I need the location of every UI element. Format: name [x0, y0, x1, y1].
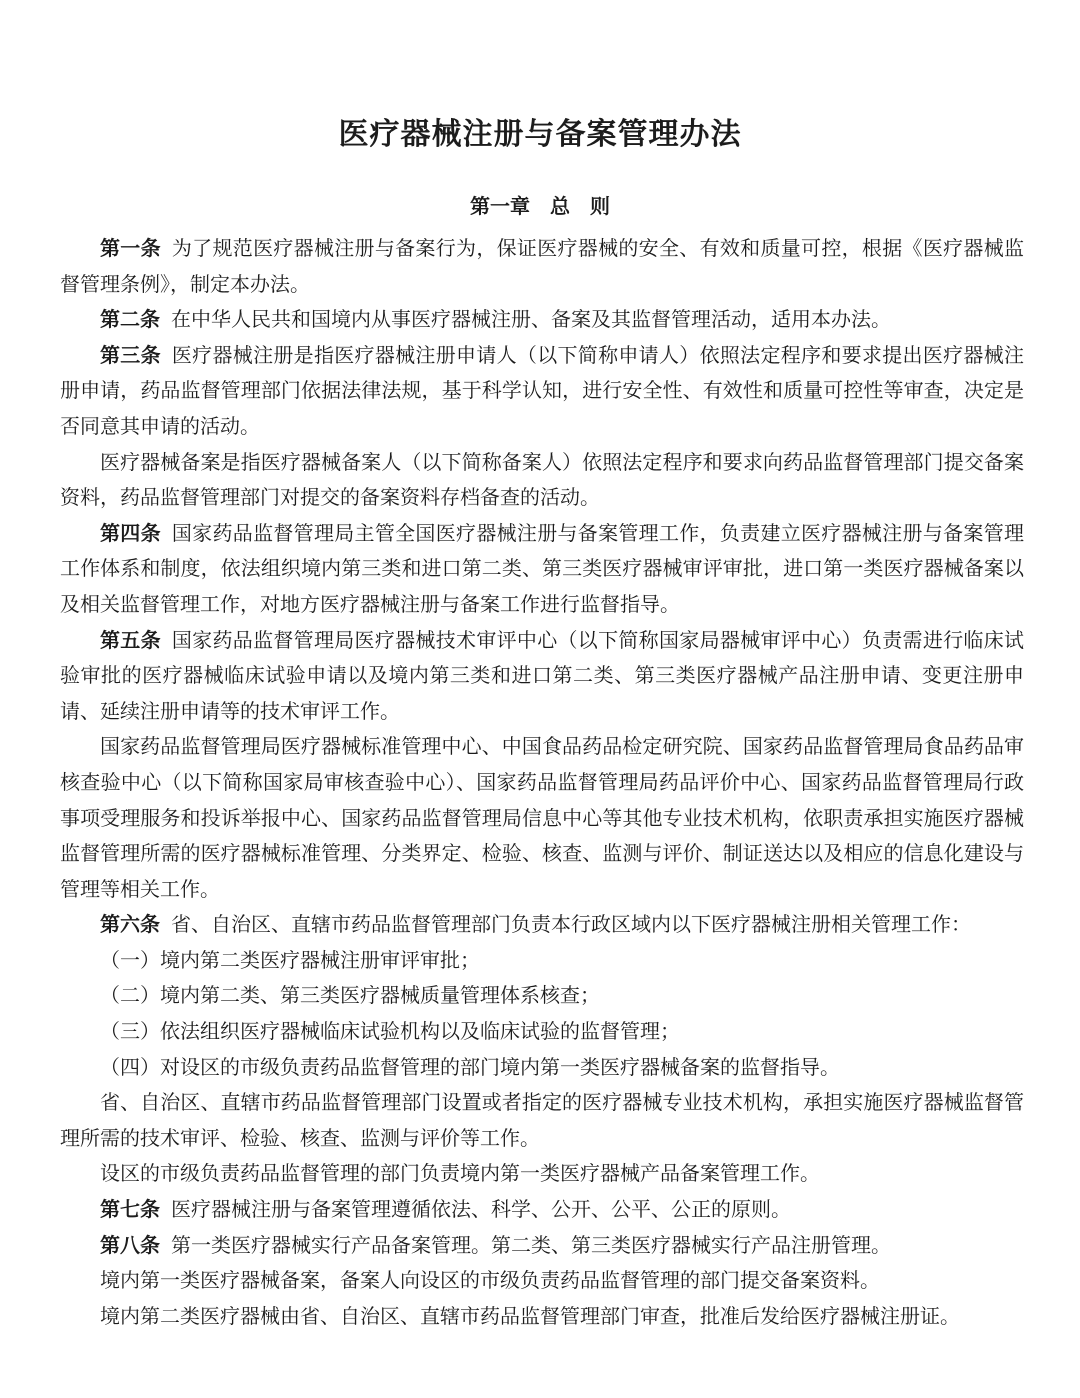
document-paragraph: （四）对设区的市级负责药品监督管理的部门境内第一类医疗器械备案的监督指导。	[60, 1051, 1024, 1087]
article-number: 第七条	[100, 1199, 160, 1221]
document-body: 第一条为了规范医疗器械注册与备案行为，保证医疗器械的安全、有效和质量可控，根据《…	[0, 232, 1080, 1335]
document-paragraph: 设区的市级负责药品监督管理的部门负责境内第一类医疗器械产品备案管理工作。	[60, 1157, 1024, 1193]
paragraph-text: 省、自治区、直辖市药品监督管理部门设置或者指定的医疗器械专业技术机构，承担实施医…	[60, 1092, 1024, 1150]
document-paragraph: 第二条在中华人民共和国境内从事医疗器械注册、备案及其监督管理活动，适用本办法。	[60, 303, 1024, 339]
article-number: 第八条	[100, 1235, 160, 1257]
article-number: 第二条	[100, 309, 160, 331]
document-paragraph: 省、自治区、直辖市药品监督管理部门设置或者指定的医疗器械专业技术机构，承担实施医…	[60, 1086, 1024, 1157]
document-paragraph: 第五条国家药品监督管理局医疗器械技术审评中心（以下简称国家局器械审评中心）负责需…	[60, 624, 1024, 731]
document-page: 医疗器械注册与备案管理办法 第一章 总 则 第一条为了规范医疗器械注册与备案行为…	[0, 0, 1080, 1398]
document-title: 医疗器械注册与备案管理办法	[0, 0, 1080, 152]
document-paragraph: 国家药品监督管理局医疗器械标准管理中心、中国食品药品检定研究院、国家药品监督管理…	[60, 730, 1024, 908]
document-paragraph: 第一条为了规范医疗器械注册与备案行为，保证医疗器械的安全、有效和质量可控，根据《…	[60, 232, 1024, 303]
paragraph-text: 省、自治区、直辖市药品监督管理部门负责本行政区域内以下医疗器械注册相关管理工作：	[171, 914, 971, 936]
paragraph-text: 设区的市级负责药品监督管理的部门负责境内第一类医疗器械产品备案管理工作。	[100, 1163, 820, 1185]
document-paragraph: 医疗器械备案是指医疗器械备案人（以下简称备案人）依照法定程序和要求向药品监督管理…	[60, 446, 1024, 517]
document-paragraph: （一）境内第二类医疗器械注册审评审批；	[60, 944, 1024, 980]
document-paragraph: 第三条医疗器械注册是指医疗器械注册申请人（以下简称申请人）依照法定程序和要求提出…	[60, 339, 1024, 446]
paragraph-text: 国家药品监督管理局医疗器械标准管理中心、中国食品药品检定研究院、国家药品监督管理…	[60, 736, 1024, 900]
article-number: 第五条	[100, 630, 161, 652]
document-paragraph: （二）境内第二类、第三类医疗器械质量管理体系核查；	[60, 979, 1024, 1015]
document-paragraph: 境内第一类医疗器械备案，备案人向设区的市级负责药品监督管理的部门提交备案资料。	[60, 1264, 1024, 1300]
paragraph-text: 在中华人民共和国境内从事医疗器械注册、备案及其监督管理活动，适用本办法。	[171, 309, 891, 331]
article-number: 第六条	[100, 914, 160, 936]
paragraph-text: （二）境内第二类、第三类医疗器械质量管理体系核查；	[100, 985, 600, 1007]
paragraph-text: 医疗器械注册是指医疗器械注册申请人（以下简称申请人）依照法定程序和要求提出医疗器…	[60, 345, 1024, 438]
article-number: 第四条	[100, 523, 161, 545]
article-number: 第三条	[100, 345, 161, 367]
paragraph-text: （三）依法组织医疗器械临床试验机构以及临床试验的监督管理；	[100, 1021, 680, 1043]
chapter-heading: 第一章 总 则	[0, 194, 1080, 220]
paragraph-text: 境内第一类医疗器械备案，备案人向设区的市级负责药品监督管理的部门提交备案资料。	[100, 1270, 880, 1292]
paragraph-text: 第一类医疗器械实行产品备案管理。第二类、第三类医疗器械实行产品注册管理。	[171, 1235, 891, 1257]
document-paragraph: 第四条国家药品监督管理局主管全国医疗器械注册与备案管理工作，负责建立医疗器械注册…	[60, 517, 1024, 624]
article-number: 第一条	[100, 238, 161, 260]
paragraph-text: 医疗器械注册与备案管理遵循依法、科学、公开、公平、公正的原则。	[171, 1199, 791, 1221]
paragraph-text: 医疗器械备案是指医疗器械备案人（以下简称备案人）依照法定程序和要求向药品监督管理…	[60, 452, 1024, 510]
paragraph-text: （一）境内第二类医疗器械注册审评审批；	[100, 950, 480, 972]
document-paragraph: 第七条医疗器械注册与备案管理遵循依法、科学、公开、公平、公正的原则。	[60, 1193, 1024, 1229]
paragraph-text: 国家药品监督管理局医疗器械技术审评中心（以下简称国家局器械审评中心）负责需进行临…	[60, 630, 1024, 723]
paragraph-text: （四）对设区的市级负责药品监督管理的部门境内第一类医疗器械备案的监督指导。	[100, 1057, 840, 1079]
paragraph-text: 境内第二类医疗器械由省、自治区、直辖市药品监督管理部门审查，批准后发给医疗器械注…	[100, 1306, 960, 1328]
document-paragraph: 境内第二类医疗器械由省、自治区、直辖市药品监督管理部门审查，批准后发给医疗器械注…	[60, 1300, 1024, 1336]
document-paragraph: （三）依法组织医疗器械临床试验机构以及临床试验的监督管理；	[60, 1015, 1024, 1051]
paragraph-text: 国家药品监督管理局主管全国医疗器械注册与备案管理工作，负责建立医疗器械注册与备案…	[60, 523, 1024, 616]
paragraph-text: 为了规范医疗器械注册与备案行为，保证医疗器械的安全、有效和质量可控，根据《医疗器…	[60, 238, 1024, 296]
document-paragraph: 第八条第一类医疗器械实行产品备案管理。第二类、第三类医疗器械实行产品注册管理。	[60, 1229, 1024, 1265]
document-paragraph: 第六条省、自治区、直辖市药品监督管理部门负责本行政区域内以下医疗器械注册相关管理…	[60, 908, 1024, 944]
